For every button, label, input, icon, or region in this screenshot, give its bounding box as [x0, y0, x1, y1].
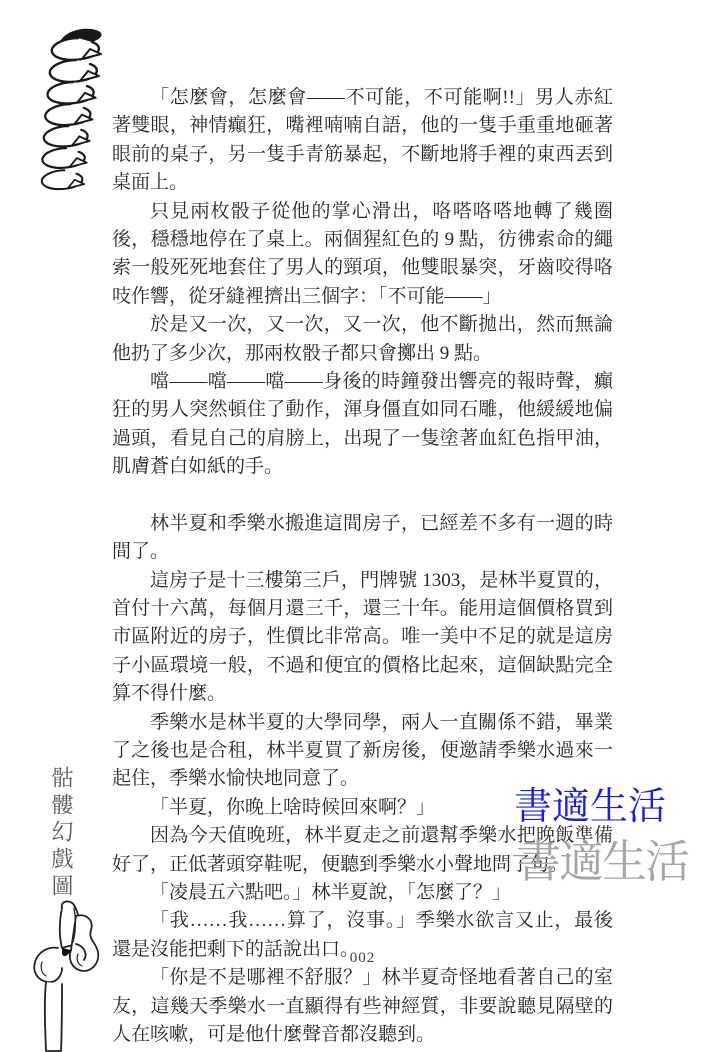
paragraph: 這房子是十三樓第三戶，門牌號 1303，是林半夏買的，首付十六萬，每個月還三千，… [112, 567, 613, 709]
paragraph: 只見兩枚骰子從他的掌心滑出，咯嗒咯嗒地轉了幾圈後，穩穩地停在了桌上。兩個猩紅色的… [112, 198, 613, 312]
paragraph: 季樂水是林半夏的大學同學，兩人一直關係不錯，畢業了之後也是合租，林半夏買了新房後… [112, 709, 613, 794]
paragraph: 「我……我……算了，沒事。」季樂水欲言又止，最後還是沒能把剩下的話說出口。 [112, 907, 613, 964]
hip-bone-illustration [18, 898, 110, 1052]
book-page: 骷髏幻戲圖 「怎麼會，怎麼會——不可能，不可能啊!!」男人赤紅著雙眼，神情癲狂，… [0, 0, 711, 1052]
paragraph: 「你是不是哪裡不舒服？」林半夏奇怪地看著自己的室友，這幾天季樂水一直顯得有些神經… [112, 964, 613, 1049]
body-text: 「怎麼會，怎麼會——不可能，不可能啊!!」男人赤紅著雙眼，神情癲狂，嘴裡喃喃自語… [112, 84, 613, 1049]
paragraph: 「怎麼會，怎麼會——不可能，不可能啊!!」男人赤紅著雙眼，神情癲狂，嘴裡喃喃自語… [112, 84, 613, 198]
paragraph: 林半夏和季樂水搬進這間房子，已經差不多有一週的時間了。 [112, 510, 613, 567]
paragraph: 「凌晨五六點吧。」林半夏說，「怎麼了？」 [112, 879, 613, 907]
vertical-ornament-title: 骷髏幻戲圖 [46, 766, 77, 901]
paragraph: 「半夏，你晚上啥時候回來啊？」 [112, 794, 613, 822]
paragraph: 因為今天值晚班，林半夏走之前還幫季樂水把晚飯準備好了，正低著頭穿鞋呢，便聽到季樂… [112, 822, 613, 879]
paragraph: 於是又一次，又一次，又一次，他不斷拋出，然而無論他扔了多少次，那兩枚骰子都只會擲… [112, 311, 613, 368]
paragraph: 噹——噹——噹——身後的時鐘發出響亮的報時聲，癲狂的男人突然頓住了動作，渾身僵直… [112, 368, 613, 482]
spine-spiral-illustration [30, 26, 108, 204]
